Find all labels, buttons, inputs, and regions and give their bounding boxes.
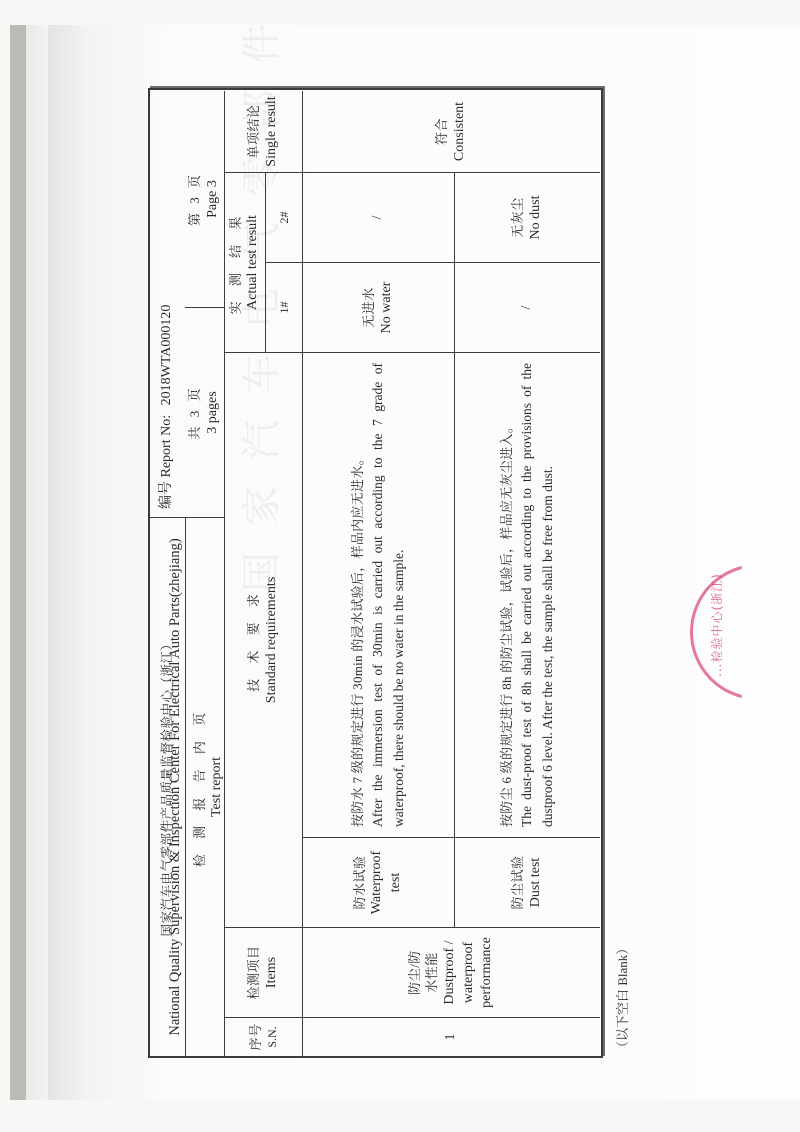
subitem-dust-en: Dust test bbox=[527, 858, 546, 907]
col-header-single-result: 单项结论 Single result bbox=[224, 91, 302, 173]
result-waterproof-sample-1: 无进水 No water bbox=[302, 263, 454, 353]
result-dust-1: / bbox=[518, 306, 537, 310]
result-waterproof-1-zh: 无进水 bbox=[360, 287, 378, 328]
page-no-en: Page 3 bbox=[204, 180, 223, 218]
total-pages-block: 共 3 页 3 pages bbox=[185, 308, 224, 518]
col-single-zh: 单项结论 bbox=[245, 105, 263, 159]
test-report-table: 国家汽车电气零部件产品质量监督检验中心（浙江） 编号 Report No: 20… bbox=[148, 88, 603, 1058]
col-single-en: Single result bbox=[263, 96, 282, 166]
col-sn-en: S.N. bbox=[264, 1026, 280, 1047]
col-req-zh: 技 术 要 求 bbox=[245, 588, 263, 692]
result-dust-sample-2: 无灰尘 No dust bbox=[454, 173, 600, 263]
col-header-sn: 序号 S.N. bbox=[224, 1018, 302, 1056]
single-result-en: Consistent bbox=[451, 102, 470, 161]
rotated-page: 国家汽车电气零部件 国家汽车电气零部件产品质量监督检验中心（浙江） 编号 Rep… bbox=[0, 0, 800, 1132]
row-item-en-2: waterproof bbox=[460, 942, 479, 1003]
report-no-label: 编号 Report No: bbox=[159, 415, 174, 509]
row-sn: 1 bbox=[302, 1018, 600, 1056]
requirement-dust: 按防尘 6 级的规定进行 8h 的防尘试验，试验后，样品应无灰尘进入。 The … bbox=[454, 353, 600, 838]
result-waterproof-1-en: No water bbox=[378, 282, 397, 334]
row-item: 防尘/防水性能 Dustproof / waterproof performan… bbox=[302, 928, 600, 1018]
requirement-dust-en: The dust-proof test of 8h shall be carri… bbox=[517, 363, 559, 827]
single-result: 符合 Consistent bbox=[302, 91, 600, 173]
col-sn-zh: 序号 bbox=[247, 1024, 265, 1051]
subitem-waterproof-en-2: test bbox=[387, 873, 406, 892]
col-header-sample-1: 1# bbox=[265, 263, 302, 353]
doc-title-zh: 检 测 报 告 内 页 bbox=[191, 707, 209, 867]
col-items-zh: 检测项目 bbox=[245, 946, 263, 1000]
row-item-zh: 防尘/防水性能 bbox=[406, 945, 441, 1001]
result-waterproof-sample-2: / bbox=[302, 173, 454, 263]
col-actual-zh: 实 测 结 果 bbox=[227, 211, 245, 315]
col-items-en: Items bbox=[263, 957, 282, 988]
col-header-sample-2: 2# bbox=[265, 173, 302, 263]
total-pages-en: 3 pages bbox=[204, 391, 223, 433]
row-item-en-1: Dustproof / bbox=[441, 940, 460, 1004]
single-result-zh: 符合 bbox=[433, 118, 451, 145]
col-actual-en: Actual test result bbox=[244, 215, 263, 310]
result-waterproof-2: / bbox=[369, 216, 388, 220]
subitem-waterproof-zh: 防水试验 bbox=[351, 856, 369, 910]
requirement-waterproof: 按防水 7 级的规定进行 30min 的浸水试验后，样品内应无进水。 After… bbox=[302, 353, 454, 838]
requirement-waterproof-en: After the immersion test of 30min is car… bbox=[368, 363, 410, 827]
requirement-waterproof-zh: 按防水 7 级的规定进行 30min 的浸水试验后，样品内应无进水。 bbox=[348, 452, 368, 827]
report-no-value: 2018WTA000120 bbox=[159, 305, 174, 406]
subitem-dust: 防尘试验 Dust test bbox=[454, 838, 600, 928]
col-header-requirements: 技 术 要 求 Standard requirements bbox=[224, 353, 302, 928]
col-header-items: 检测项目 Items bbox=[224, 928, 302, 1018]
subitem-dust-zh: 防尘试验 bbox=[509, 856, 527, 910]
result-dust-2-en: No dust bbox=[527, 196, 546, 240]
col-req-en: Standard requirements bbox=[263, 577, 282, 703]
report-no-line: 编号 Report No: 2018WTA000120 bbox=[158, 305, 177, 509]
stamp-text: ...检验中心(浙江) bbox=[708, 573, 725, 677]
col-header-actual: 实 测 结 果 Actual test result bbox=[224, 173, 265, 353]
result-dust-2-zh: 无灰尘 bbox=[509, 197, 527, 238]
total-pages-zh: 共 3 页 bbox=[186, 386, 204, 440]
page-no-zh: 第 3 页 bbox=[186, 172, 204, 226]
row-item-en-3: performance bbox=[478, 937, 497, 1008]
requirement-dust-zh: 按防尘 6 级的规定进行 8h 的防尘试验，试验后，样品应无灰尘进入。 bbox=[497, 420, 517, 827]
blank-note: （以下空白 Blank） bbox=[612, 942, 631, 1054]
org-name-en: National Quality Supervision & Inspectio… bbox=[166, 538, 186, 1035]
page-no-block: 第 3 页 Page 3 bbox=[185, 91, 224, 308]
result-dust-sample-1: / bbox=[454, 263, 600, 353]
doc-title-cell: National Quality Supervision & Inspectio… bbox=[185, 518, 224, 1056]
col-sample-1: 1# bbox=[276, 302, 292, 314]
row-sn-value: 1 bbox=[442, 1034, 461, 1041]
subitem-waterproof-en-1: Waterproof bbox=[368, 851, 387, 914]
inspection-stamp bbox=[690, 564, 800, 700]
col-sample-2: 2# bbox=[276, 212, 292, 224]
subitem-waterproof: 防水试验 Waterproof test bbox=[302, 838, 454, 928]
